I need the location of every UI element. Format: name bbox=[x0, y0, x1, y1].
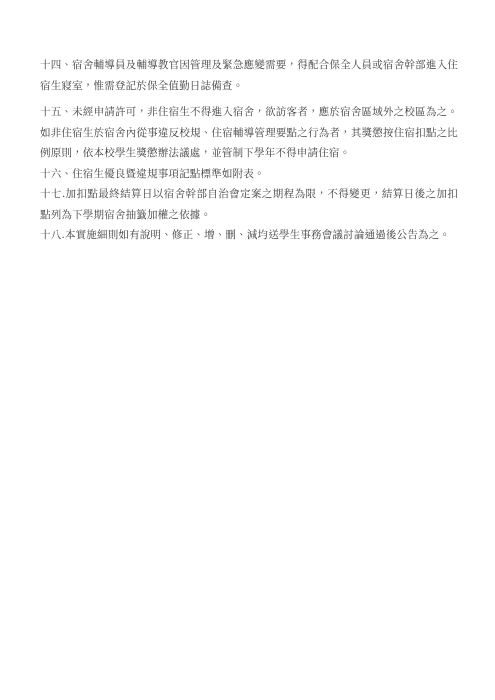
document-paragraph-item-14: 十四、宿舍輔導員及輔導教官因管理及緊急應變需要，得配合保全人員或宿舍幹部進入住宿… bbox=[40, 55, 458, 96]
regulation-text-block: 十四、宿舍輔導員及輔導教官因管理及緊急應變需要，得配合保全人員或宿舍幹部進入住宿… bbox=[40, 55, 458, 246]
document-page: 十四、宿舍輔導員及輔導教官因管理及緊急應變需要，得配合保全人員或宿舍幹部進入住宿… bbox=[0, 0, 495, 700]
document-paragraph-item-15: 十五、未經申請許可，非住宿生不得進入宿舍，欲訪客者，應於宿舍區域外之校區為之。如… bbox=[40, 102, 458, 164]
document-paragraph-item-16: 十六、住宿生優良暨違規事項記點標準如附表。 bbox=[40, 164, 458, 185]
document-paragraph-item-18: 十八.本實施細則如有說明、修正、增、刪、減均送學生事務會議討論通過後公告為之。 bbox=[40, 225, 458, 246]
document-paragraph-item-17: 十七.加扣點最終結算日以宿舍幹部自治會定案之期程為限，不得變更，結算日後之加扣點… bbox=[40, 184, 458, 225]
